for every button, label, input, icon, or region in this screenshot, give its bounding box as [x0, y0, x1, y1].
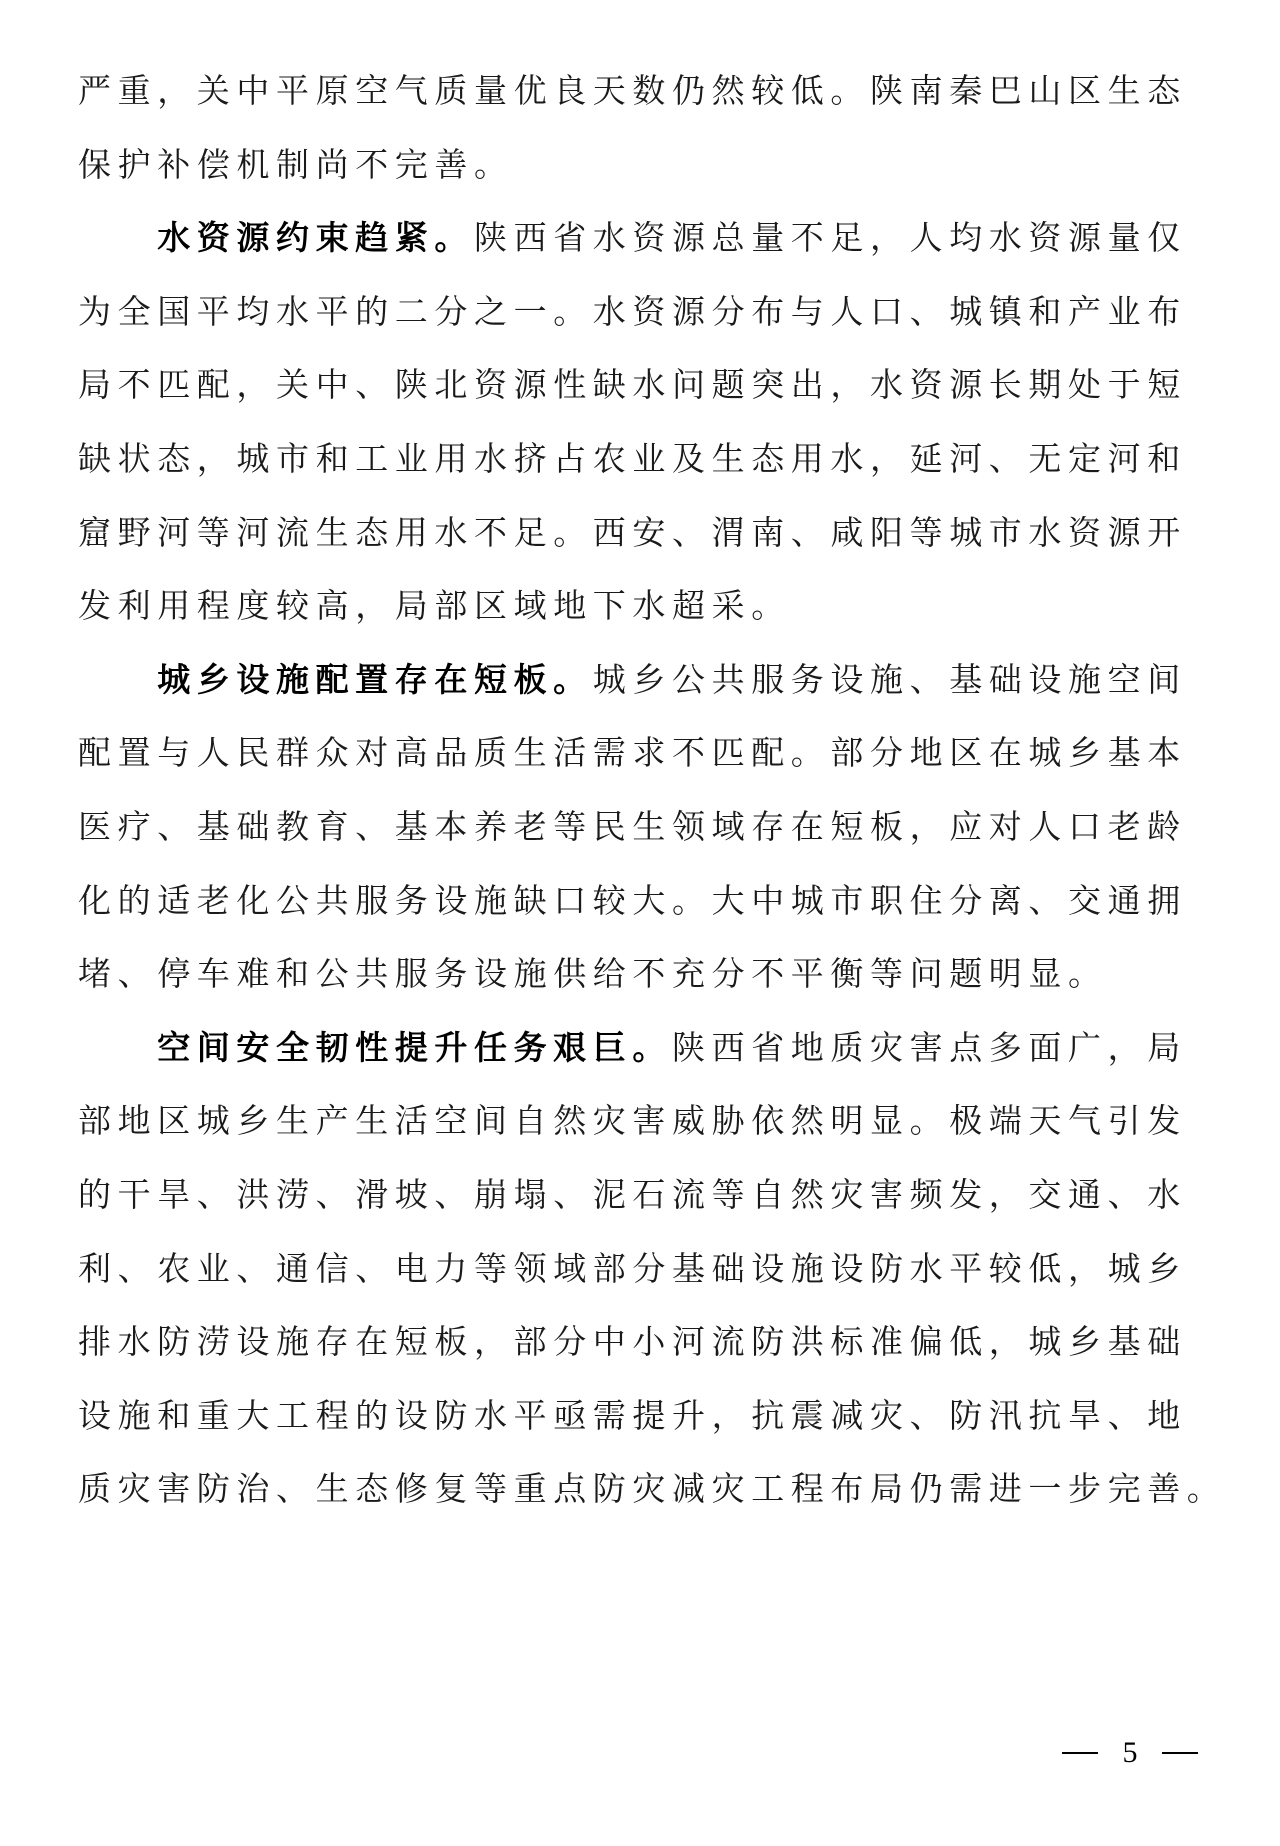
text-line: 窟野河等河流生态用水不足。西安、渭南、咸阳等城市水资源开 — [78, 496, 1198, 570]
text-line: 利、农业、通信、电力等领域部分基础设施设防水平较低，城乡 — [78, 1232, 1198, 1306]
page-number-value: 5 — [1123, 1736, 1138, 1770]
text-line: 质灾害防治、生态修复等重点防灾减灾工程布局仍需进一步完善。 — [78, 1452, 1198, 1526]
paragraph-water-resources-first-line: 水资源约束趋紧。陕西省水资源总量不足，人均水资源量仅 — [78, 201, 1198, 275]
text-line: 局不匹配，关中、陕北资源性缺水问题突出，水资源长期处于短 — [78, 348, 1198, 422]
text-line: 的干旱、洪涝、滑坡、崩塌、泥石流等自然灾害频发，交通、水 — [78, 1158, 1198, 1232]
text-line: 排水防涝设施存在短板，部分中小河流防洪标准偏低，城乡基础 — [78, 1305, 1198, 1379]
body-text: 严重，关中平原空气质量优良天数仍然较低。陕南秦巴山区生态 保护补偿机制尚不完善。… — [78, 54, 1198, 1526]
text-line: 部地区城乡生产生活空间自然灾害威胁依然明显。极端天气引发 — [78, 1084, 1198, 1158]
paragraph-facilities-first-line: 城乡设施配置存在短板。城乡公共服务设施、基础设施空间 — [78, 643, 1198, 717]
dash-right — [1162, 1752, 1198, 1754]
paragraph-heading-safety: 空间安全韧性提升任务艰巨。 — [157, 1028, 672, 1067]
document-page: 严重，关中平原空气质量优良天数仍然较低。陕南秦巴山区生态 保护补偿机制尚不完善。… — [0, 0, 1280, 1846]
text-line: 保护补偿机制尚不完善。 — [78, 128, 1198, 202]
dash-left — [1062, 1752, 1098, 1754]
text-line: 化的适老化公共服务设施缺口较大。大中城市职住分离、交通拥 — [78, 864, 1198, 938]
page-number: 5 — [1062, 1734, 1198, 1772]
paragraph-safety-first-line: 空间安全韧性提升任务艰巨。陕西省地质灾害点多面广，局 — [78, 1011, 1198, 1085]
text-line: 配置与人民群众对高品质生活需求不匹配。部分地区在城乡基本 — [78, 716, 1198, 790]
text-line: 缺状态，城市和工业用水挤占农业及生态用水，延河、无定河和 — [78, 422, 1198, 496]
text-span: 陕西省地质灾害点多面广，局 — [672, 1028, 1187, 1067]
paragraph-heading-facilities: 城乡设施配置存在短板。 — [157, 660, 593, 699]
text-line: 设施和重大工程的设防水平亟需提升，抗震减灾、防汛抗旱、地 — [78, 1379, 1198, 1453]
text-span: 陕西省水资源总量不足，人均水资源量仅 — [474, 218, 1187, 257]
text-line: 严重，关中平原空气质量优良天数仍然较低。陕南秦巴山区生态 — [78, 54, 1198, 128]
text-line: 医疗、基础教育、基本养老等民生领域存在短板，应对人口老龄 — [78, 790, 1198, 864]
text-line: 发利用程度较高，局部区域地下水超采。 — [78, 569, 1198, 643]
text-line: 为全国平均水平的二分之一。水资源分布与人口、城镇和产业布 — [78, 275, 1198, 349]
text-line: 堵、停车难和公共服务设施供给不充分不平衡等问题明显。 — [78, 937, 1198, 1011]
text-span: 城乡公共服务设施、基础设施空间 — [593, 660, 1187, 699]
paragraph-heading-water-resources: 水资源约束趋紧。 — [157, 218, 474, 257]
